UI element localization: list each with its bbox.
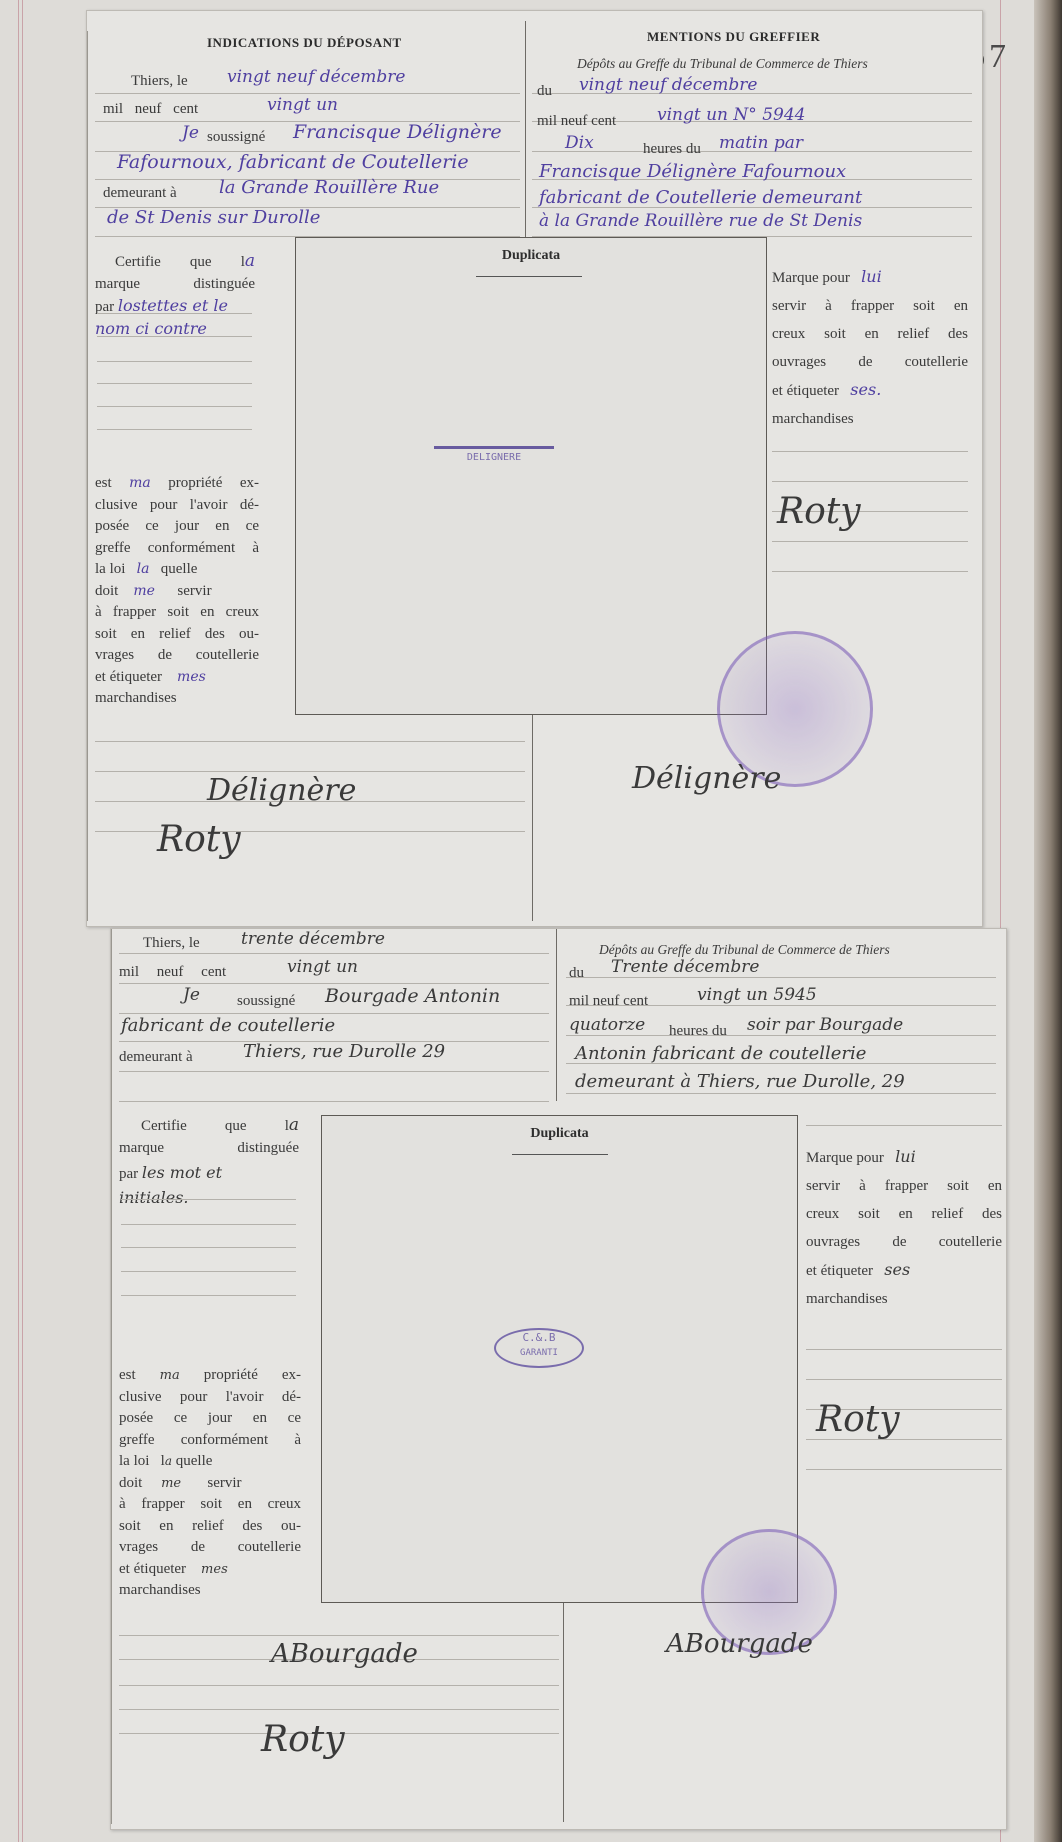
duplicata-box: Duplicata C.&.B GARANTI (321, 1115, 798, 1603)
marque-block: Marque pour lui servir à frapper soit en… (772, 263, 968, 433)
marque-block: Marque pour lui servir à frapper soit en… (806, 1143, 1002, 1313)
year-label: mil neuf cent (119, 962, 226, 984)
duplicata-box: Duplicata DELIGNERE (295, 237, 767, 715)
year-value: vingt un (287, 957, 358, 977)
deposit-form-2: Thiers, le trente décembre mil neuf cent… (110, 928, 1007, 1830)
du-label: du (569, 963, 584, 985)
registry-date: Trente décembre (611, 957, 759, 977)
demeurant-label: demeurant à (119, 1047, 193, 1069)
thiers-le-label: Thiers, le (143, 933, 200, 955)
registry-line5: fabricant de Coutellerie demeurant (539, 187, 862, 208)
greffier-signature: Roty (816, 1399, 900, 1440)
address-line2: de St Denis sur Durolle (107, 207, 320, 228)
form-edge (87, 31, 88, 921)
duplicata-title: Duplicata (322, 1126, 797, 1142)
right-header: MENTIONS DU GREFFIER (647, 29, 820, 45)
date-value: trente décembre (241, 929, 385, 949)
mark-description-2: initiales. (119, 1188, 299, 1207)
registry-number: vingt un 5945 (697, 985, 817, 1005)
year-value: vingt un (267, 95, 338, 115)
propriete-block: est ma propriété ex- clusive pour l'avoi… (95, 473, 259, 710)
greffier-signature-left: Roty (261, 1719, 345, 1760)
ledger-page: 67 INDICATIONS DU DÉPOSANT MENTIONS DU G… (0, 0, 1062, 1842)
trademark-stamp: C.&.B GARANTI (494, 1328, 584, 1368)
registry-date: vingt neuf décembre (579, 75, 757, 95)
propriete-block: est ma propriété ex- clusive pour l'avoi… (119, 1365, 301, 1602)
registry-time-of-day: soir par Bourgade (747, 1015, 903, 1035)
column-divider (563, 1597, 564, 1822)
registry-hour: quatorze (569, 1015, 645, 1035)
registry-line4: Francisque Délignère Fafournoux (539, 161, 846, 182)
mark-description: les mot et (142, 1163, 222, 1182)
depots-label: Dépôts au Greffe du Tribunal de Commerce… (577, 53, 868, 75)
address-value: Thiers, rue Durolle 29 (243, 1041, 445, 1062)
column-divider (532, 711, 533, 921)
registry-line4: Antonin fabricant de coutellerie (575, 1043, 866, 1064)
certifie-block: Certifie que la marque distinguée par le… (119, 1115, 299, 1207)
je-prefix: Je (182, 123, 199, 143)
depositor-occupation: fabricant de coutellerie (121, 1015, 335, 1036)
mark-description-2: nom ci contre (95, 319, 255, 338)
depositor-name: Francisque Délignère (293, 121, 502, 143)
registry-time-of-day: matin par (719, 133, 803, 153)
thiers-le-label: Thiers, le (131, 71, 188, 93)
left-header: INDICATIONS DU DÉPOSANT (207, 35, 402, 51)
registry-line6: à la Grande Rouillère rue de St Denis (539, 211, 862, 231)
trademark-stamp: DELIGNERE (434, 446, 554, 467)
margin-line (22, 0, 23, 1842)
heures-label: heures du (643, 139, 701, 161)
heures-label: heures du (669, 1021, 727, 1043)
registry-line5: demeurant à Thiers, rue Durolle, 29 (575, 1071, 905, 1092)
je-prefix: Je (183, 985, 200, 1005)
depositor-signature-left: Délignère (207, 773, 356, 808)
date-value: vingt neuf décembre (227, 67, 405, 87)
registry-hour: Dix (565, 133, 594, 153)
address-value: la Grande Rouillère Rue (219, 177, 439, 198)
soussigne-label: soussigné (207, 127, 265, 149)
greffier-signature-left: Roty (157, 819, 241, 860)
depositor-signature-left: ABourgade (271, 1639, 418, 1669)
form-edge (111, 929, 112, 1824)
book-spine (1034, 0, 1062, 1842)
registry-year-label: mil neuf cent (537, 111, 616, 133)
registry-year-label: mil neuf cent (569, 991, 648, 1013)
soussigne-label: soussigné (237, 991, 295, 1013)
registry-number: vingt un N° 5944 (657, 105, 805, 125)
depositor-occupation: Fafournoux, fabricant de Coutellerie (117, 151, 469, 173)
deposit-form-1: INDICATIONS DU DÉPOSANT MENTIONS DU GREF… (86, 10, 983, 927)
column-divider (525, 21, 526, 243)
du-label: du (537, 81, 552, 103)
duplicata-title: Duplicata (296, 248, 766, 264)
margin-line (18, 0, 19, 1842)
depositor-signature-right: ABourgade (666, 1629, 813, 1659)
certifie-block: Certifie que la marque distinguée par lo… (95, 251, 255, 338)
demeurant-label: demeurant à (103, 183, 177, 205)
greffier-signature: Roty (777, 491, 861, 532)
depositor-signature-right: Délignère (632, 761, 781, 796)
column-divider (556, 929, 557, 1101)
year-label: mil neuf cent (103, 99, 198, 121)
depositor-name: Bourgade Antonin (325, 985, 500, 1007)
